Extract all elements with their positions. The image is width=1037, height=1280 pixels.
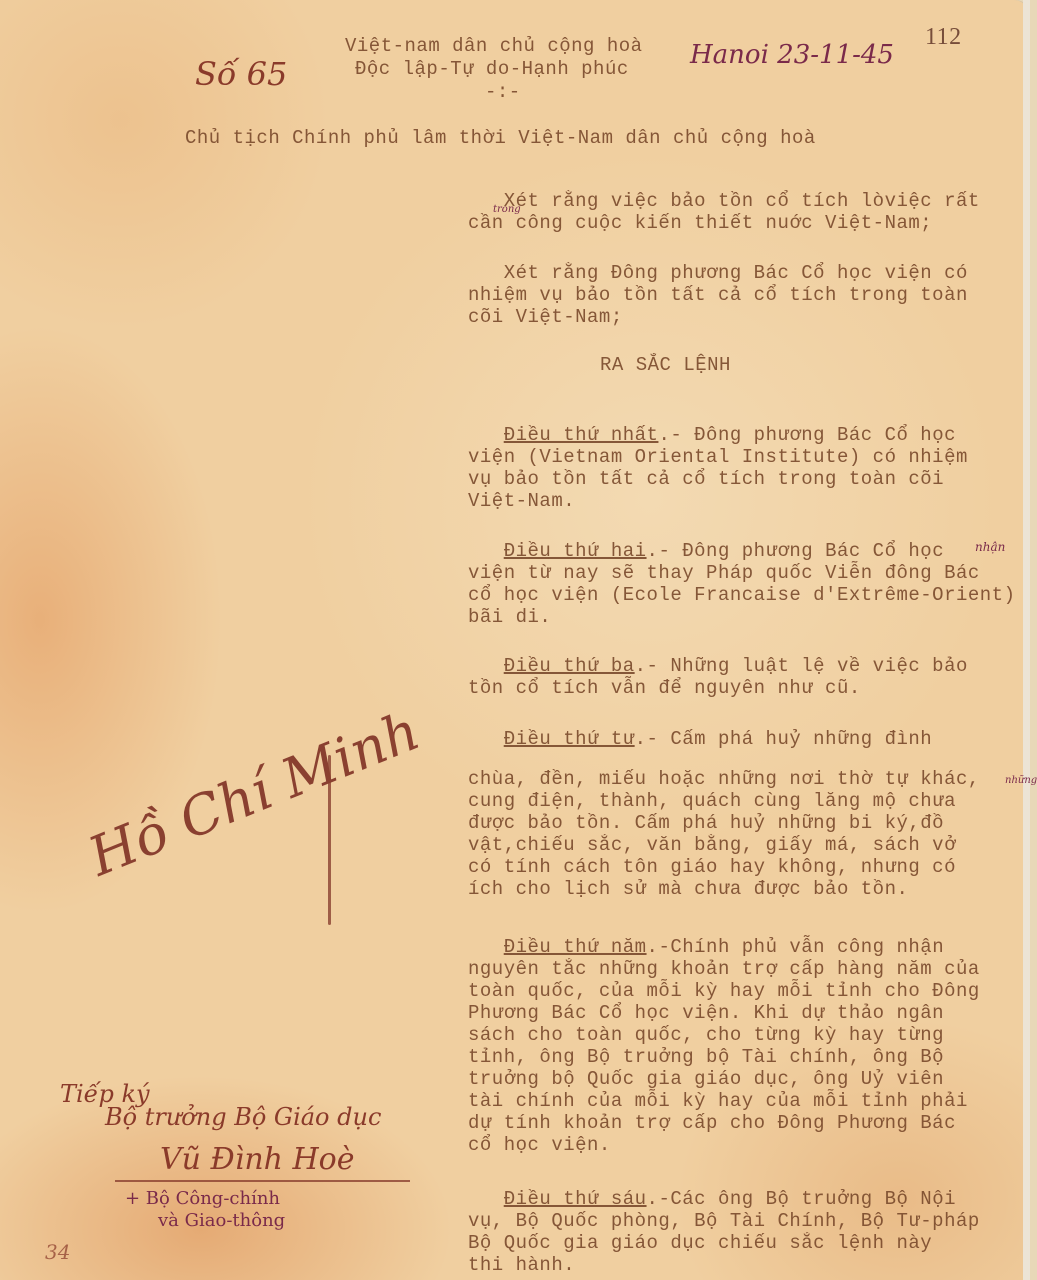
article-5-line: cổ học viện. (468, 1134, 1028, 1156)
article-3: Điều thứ ba.- Những luật lệ về việc bảo … (468, 655, 1028, 699)
preamble-2: Xét rằng Đông phương Bác Cổ học viện có … (468, 262, 1028, 328)
handwritten-date: Hanoi 23-11-45 (690, 40, 894, 70)
article-6: Điều thứ sáu.-Các ông Bộ truởng Bộ Nội v… (468, 1188, 1028, 1276)
article-3-line: tồn cổ tích vẫn để nguyên như cũ. (468, 677, 1028, 699)
article-4-line: có tính cách tôn giáo hay không, nhưng c… (468, 856, 1028, 878)
header-separator: -:- (485, 81, 521, 103)
article-2-title: Điều thứ hai (504, 540, 647, 562)
addendum-line-2: và Giao-thông (158, 1210, 285, 1231)
article-4-line: vật,chiếu sắc, văn bằng, giấy má, sách v… (468, 834, 1028, 856)
article-1: Điều thứ nhất.- Đông phương Bác Cổ học v… (468, 424, 1028, 512)
article-6-line: thi hành. (468, 1254, 1028, 1276)
article-5-line: nguyên tắc những khoản trợ cấp hàng năm … (468, 958, 1028, 980)
document-page: 112 Số 65 Hanoi 23-11-45 Việt-nam dân ch… (0, 0, 1030, 1280)
preamble-1-line-1: Xét rằng việc bảo tồn cổ tích lòviệc rất (468, 190, 1028, 212)
article-5-line: toàn quốc, của mỗi kỳ hay mỗi tỉnh cho Đ… (468, 980, 1028, 1002)
article-4-line: chùa, đền, miếu hoặc những nơi thờ tự kh… (468, 768, 1028, 790)
article-2: Điều thứ hai.- Đông phương Bác Cổ học vi… (468, 540, 1028, 628)
article-4: Điều thứ tư.- Cấm phá huỷ những đình (468, 728, 1028, 750)
article-5-first-line: Điều thứ năm.-Chính phủ vẫn công nhận (468, 936, 1028, 958)
countersign-rule (115, 1180, 410, 1182)
signature-flourish (328, 755, 331, 925)
article-3-first-line: Điều thứ ba.- Những luật lệ về việc bảo (468, 655, 1028, 677)
header-line-2: Độc lập-Tự do-Hạnh phúc (355, 58, 629, 80)
preamble-1-line-2: cần công cuộc kiến thiết nuớc Việt-Nam; (468, 212, 1028, 234)
header-line-1: Việt-nam dân chủ cộng hoà (345, 35, 643, 57)
preamble-1: Xét rằng việc bảo tồn cổ tích lòviệc rất… (468, 190, 1028, 234)
article-4-line: ích cho lịch sử mà chưa được bảo tồn. (468, 878, 1028, 900)
article-2-line: bãi di. (468, 606, 1028, 628)
article-5-line: Phương Bác Cổ học viện. Khi dự thảo ngân (468, 1002, 1028, 1024)
article-1-line: Việt-Nam. (468, 490, 1028, 512)
article-6-line: Bộ Quốc gia giáo dục chiếu sắc lệnh này (468, 1232, 1028, 1254)
article-6-title: Điều thứ sáu (504, 1188, 647, 1210)
article-4-title: Điều thứ tư (504, 728, 635, 750)
article-4-body: chùa, đền, miếu hoặc những nơi thờ tự kh… (468, 768, 1028, 900)
archive-number: 34 (45, 1240, 70, 1264)
handwritten-insert-nhung: những (1005, 775, 1037, 786)
article-5-line: tỉnh, ông Bộ truởng bộ Tài chính, ông Bộ (468, 1046, 1028, 1068)
page-number: 112 (925, 26, 962, 48)
article-2-line: viện từ nay sẽ thay Pháp quốc Viễn đông … (468, 562, 1028, 584)
preamble-2-line-2: nhiệm vụ bảo tồn tất cả cổ tích trong to… (468, 284, 1028, 306)
article-1-first-line: Điều thứ nhất.- Đông phương Bác Cổ học (468, 424, 1028, 446)
article-4-line: cung điện, thành, quách cùng lăng mộ chư… (468, 790, 1028, 812)
article-5-line: tài chính của mỗi kỳ hay của mỗi tỉnh ph… (468, 1090, 1028, 1112)
article-1-line: vụ bảo tồn tất cả cổ tích trong toàn cõi (468, 468, 1028, 490)
article-1-title: Điều thứ nhất (504, 424, 659, 446)
article-4-line: được bảo tồn. Cấm phá huỷ những bi ký,đồ (468, 812, 1028, 834)
preamble-2-line-1: Xét rằng Đông phương Bác Cổ học viện có (468, 262, 1028, 284)
handwritten-document-number: Số 65 (195, 55, 287, 93)
article-2-line: cổ học viện (Ecole Francaise d'Extrême-O… (468, 584, 1028, 606)
preamble-2-line-3: cõi Việt-Nam; (468, 306, 1028, 328)
article-5-line: dự tính khoản trợ cấp cho Đông Phương Bá… (468, 1112, 1028, 1134)
article-4-first-line: Điều thứ tư.- Cấm phá huỷ những đình (468, 728, 1028, 750)
handwritten-insert-nhan: nhận (975, 540, 1005, 554)
issuer-line: Chủ tịch Chính phủ lâm thời Việt-Nam dân… (185, 127, 816, 149)
article-6-first-line: Điều thứ sáu.-Các ông Bộ truởng Bộ Nội (468, 1188, 1028, 1210)
article-5: Điều thứ năm.-Chính phủ vẫn công nhận ng… (468, 936, 1028, 1156)
signature-ho-chi-minh: Hồ Chí Minh (80, 699, 428, 889)
article-5-line: sách cho toàn quốc, cho từng kỳ hay từng (468, 1024, 1028, 1046)
article-1-line: viện (Vietnam Oriental Institute) có nhi… (468, 446, 1028, 468)
article-2-first-line: Điều thứ hai.- Đông phương Bác Cổ học (468, 540, 1028, 562)
addendum-line-1: + Bộ Công-chính (125, 1188, 280, 1209)
article-3-title: Điều thứ ba (504, 655, 635, 677)
countersign-title: Bộ trưởng Bộ Giáo dục (105, 1103, 381, 1131)
article-6-line: vụ, Bộ Quốc phòng, Bộ Tài Chính, Bộ Tư-p… (468, 1210, 1028, 1232)
countersign-signature: Vũ Đình Hoè (160, 1142, 355, 1177)
article-5-title: Điều thứ năm (504, 936, 647, 958)
article-5-line: truởng bộ Quốc gia giáo dục, ông Uỷ viên (468, 1068, 1028, 1090)
decree-heading: RA SẮC LỆNH (600, 354, 731, 376)
handwritten-insert-trong: trong (493, 204, 521, 215)
